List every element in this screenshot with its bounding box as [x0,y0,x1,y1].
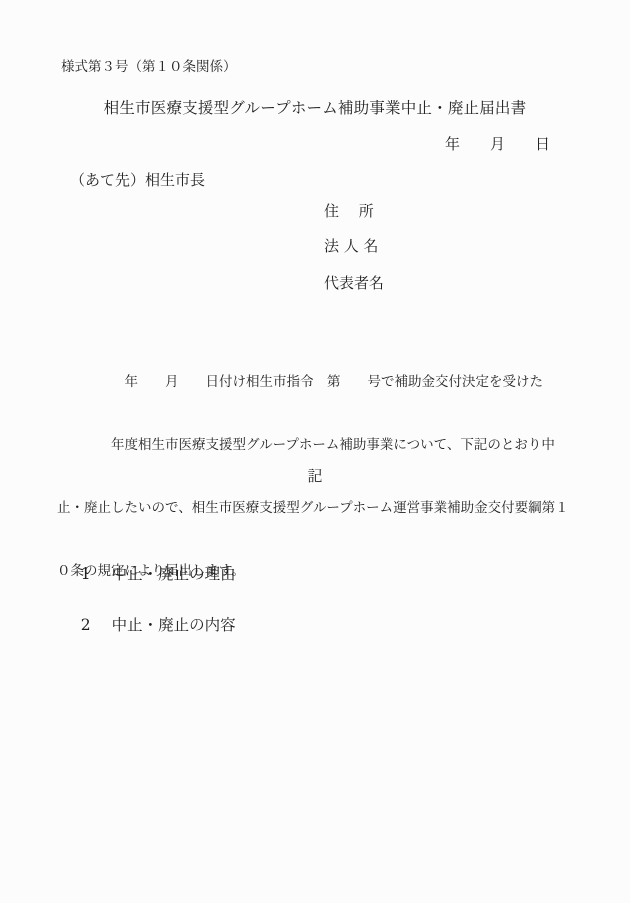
date-line: 年 月 日 [445,134,550,154]
list-item-2-label: 中止・廃止の内容 [112,616,236,634]
addressee-line: （あて先）相生市長 [70,170,205,190]
list-item-1-label: 中止・廃止の理由 [112,565,236,583]
body-paragraph-line-1: 年 月 日付け相生市指令 第 号で補助金交付決定を受けた [57,372,573,393]
document-title: 相生市医療支援型グループホーム補助事業中止・廃止届出書 [0,98,630,118]
applicant-corporation-name-label: 法 人 名 [324,236,379,256]
body-paragraph-line-3: 止・廃止したいので、相生市医療支援型グループホーム運営事業補助金交付要綱第１ [57,498,573,519]
section-marker-ki: 記 [0,466,630,486]
list-item-2-number: 2 [81,616,91,634]
document-page: 様式第３号（第１０条関係） 相生市医療支援型グループホーム補助事業中止・廃止届出… [0,0,630,903]
form-number-line: 様式第３号（第１０条関係） [61,58,237,76]
list-item-2: 2中止・廃止の内容 [61,595,236,655]
applicant-address-label: 住 所 [324,201,374,221]
body-paragraph-line-2: 年度相生市医療支援型グループホーム補助事業について、下記のとおり中 [57,435,573,456]
list-item-1-number: 1 [81,565,91,583]
applicant-representative-name-label: 代表者名 [324,273,384,293]
